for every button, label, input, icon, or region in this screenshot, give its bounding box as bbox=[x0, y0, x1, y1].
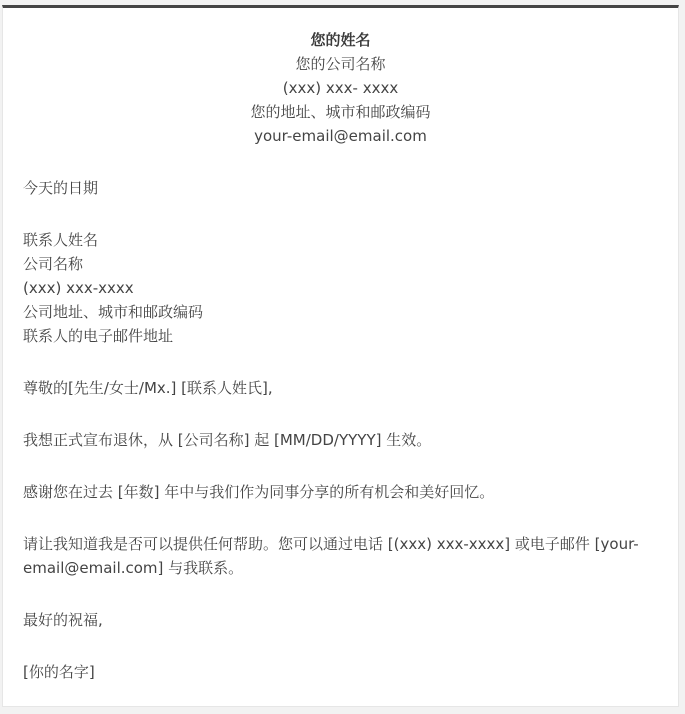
signature: [你的名字] bbox=[23, 660, 658, 684]
paragraph-retirement: 我想正式宣布退休，从 [公司名称] 起 [MM/DD/YYYY] 生效。 bbox=[23, 428, 658, 452]
sender-header: 您的姓名 您的公司名称 (xxx) xxx- xxxx 您的地址、城市和邮政编码… bbox=[3, 28, 678, 148]
recipient-block: 联系人姓名 公司名称 (xxx) xxx-xxxx 公司地址、城市和邮政编码 联… bbox=[23, 228, 658, 348]
sender-phone: (xxx) xxx- xxxx bbox=[3, 76, 678, 100]
spacer bbox=[23, 348, 658, 376]
paragraph-contact: 请让我知道我是否可以提供任何帮助。您可以通过电话 [(xxx) xxx-xxxx… bbox=[23, 532, 658, 580]
spacer bbox=[23, 632, 658, 660]
letter-body: 今天的日期 联系人姓名 公司名称 (xxx) xxx-xxxx 公司地址、城市和… bbox=[23, 176, 658, 684]
letter-card: 您的姓名 您的公司名称 (xxx) xxx- xxxx 您的地址、城市和邮政编码… bbox=[2, 5, 679, 707]
spacer bbox=[23, 200, 658, 228]
sender-company: 您的公司名称 bbox=[3, 52, 678, 76]
recipient-email: 联系人的电子邮件地址 bbox=[23, 324, 658, 348]
recipient-company: 公司名称 bbox=[23, 252, 658, 276]
closing: 最好的祝福, bbox=[23, 608, 658, 632]
sender-name: 您的姓名 bbox=[3, 28, 678, 52]
salutation: 尊敬的[先生/女士/Mx.] [联系人姓氏], bbox=[23, 376, 658, 400]
spacer bbox=[23, 400, 658, 428]
paragraph-thanks: 感谢您在过去 [年数] 年中与我们作为同事分享的所有机会和美好回忆。 bbox=[23, 480, 658, 504]
letter-date: 今天的日期 bbox=[23, 176, 658, 200]
sender-address: 您的地址、城市和邮政编码 bbox=[3, 100, 678, 124]
spacer bbox=[23, 452, 658, 480]
spacer bbox=[23, 504, 658, 532]
recipient-address: 公司地址、城市和邮政编码 bbox=[23, 300, 658, 324]
sender-email: your-email@email.com bbox=[3, 124, 678, 148]
recipient-phone: (xxx) xxx-xxxx bbox=[23, 276, 658, 300]
spacer bbox=[23, 580, 658, 608]
recipient-name: 联系人姓名 bbox=[23, 228, 658, 252]
